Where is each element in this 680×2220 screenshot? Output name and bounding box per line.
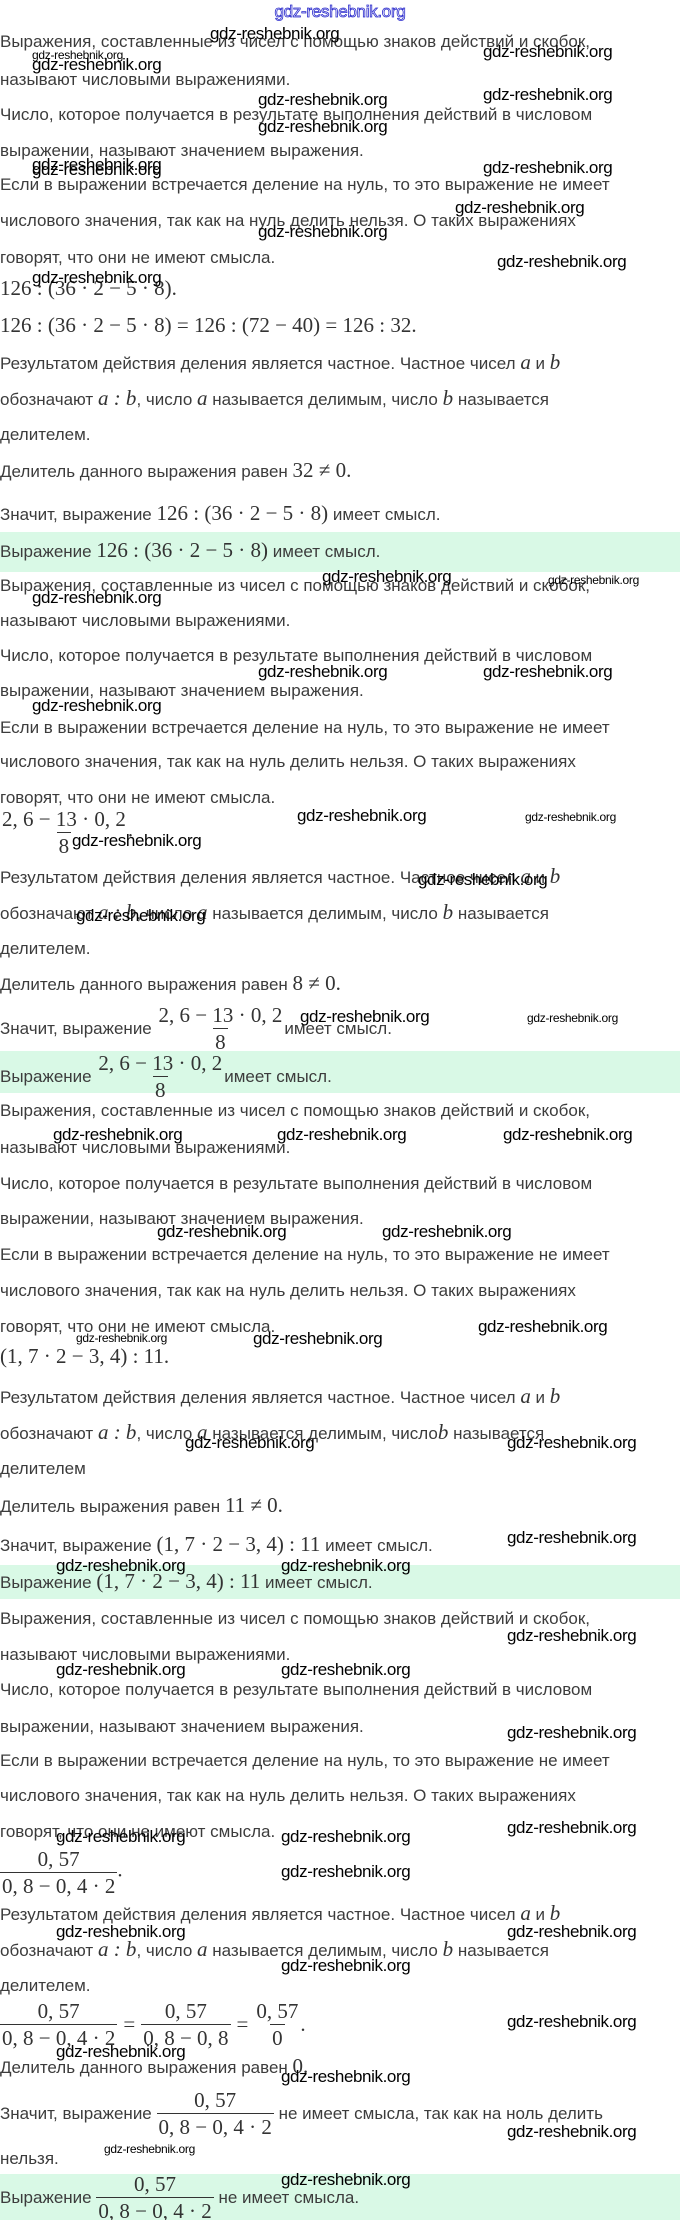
var-b: b [443, 900, 454, 924]
theory-text: числового значения, так как на нуль дели… [0, 1281, 576, 1301]
var-b: b [443, 1937, 454, 1961]
watermark-text: gdz-reshebnik.org [281, 2170, 410, 2190]
divisor-value: 8 ≠ 0. [293, 971, 341, 995]
denominator: 8 [153, 1076, 168, 1101]
watermark-text: gdz-reshebnik.org [32, 268, 161, 288]
watermark-text: gdz-reshebnik.org [56, 1827, 185, 1847]
definition-text: Результатом действия деления является ча… [0, 352, 560, 374]
var-a: a [197, 1937, 208, 1961]
fraction: 0, 57 0, 8 − 0, 4 · 2 [0, 1848, 117, 1897]
watermark-text: gdz-reshebnik.org [258, 90, 387, 110]
var-a: a [520, 350, 531, 374]
definition-text: Результатом действия деления является ча… [0, 1386, 560, 1408]
definition-part: обозначают [0, 1941, 93, 1960]
denominator: 0, 8 − 0, 4 · 2 [0, 1872, 117, 1897]
divisor-text: Делитель данного выражения равен 8 ≠ 0. [0, 973, 341, 995]
watermark-text: gdz-reshebnik.org [507, 2122, 636, 2142]
conclusion-math: 126 : (36 · 2 − 5 · 8) [157, 501, 329, 525]
definition-text: делителем. [0, 939, 91, 959]
definition-text: делителем. [0, 425, 91, 445]
theory-text: Число, которое получается в результате в… [0, 1680, 592, 1700]
watermark-text: gdz-reshebnik.org [157, 1222, 286, 1242]
definition-part: называется делимым, число [212, 904, 438, 923]
watermark-text: gdz-reshebnik.org [483, 662, 612, 682]
var-ab: a : b [98, 1420, 137, 1444]
fraction: 0, 57 0, 8 − 0, 4 · 2 [96, 2173, 213, 2220]
watermark-text: gdz-reshebnik.org [277, 1125, 406, 1145]
watermark-text: gdz-reshebnik.org [56, 1660, 185, 1680]
definition-text: делителем. [0, 1976, 91, 1996]
answer-suffix: имеет смысл. [224, 1067, 332, 1087]
watermark-text: gdz-reshebnik.org [56, 2042, 185, 2062]
watermark-text: gdz-reshebnik.org [76, 1331, 167, 1345]
watermark-text: gdz-reshebnik.org [281, 1556, 410, 1576]
watermark-text: gdz-reshebnik.org [281, 2067, 410, 2087]
watermark-text: gdz-reshebnik.org [281, 1660, 410, 1680]
watermark-text: gdz-reshebnik.org [507, 1626, 636, 1646]
watermark-text: gdz-reshebnik.org [258, 117, 387, 137]
numerator: 2, 6 − 13 · 0, 2 [157, 1004, 285, 1028]
watermark-text: gdz-reshebnik.org [322, 567, 451, 587]
watermark-text: gdz-reshebnik.org [527, 1011, 618, 1025]
watermark-text: gdz-reshebnik.org [497, 252, 626, 272]
watermark-text: gdz-reshebnik.org [507, 1528, 636, 1548]
divisor-value: 11 ≠ 0. [225, 1493, 283, 1517]
equals-sign: = [117, 2012, 141, 2037]
answer-text: Выражение 126 : (36 · 2 − 5 · 8) имеет с… [0, 540, 380, 562]
watermark-text: gdz-reshebnik.org [258, 662, 387, 682]
watermark-text: gdz-reshebnik.org [507, 1723, 636, 1743]
watermark-text: gdz-reshebnik.org [281, 1862, 410, 1882]
theory-text: Если в выражении встречается деление на … [0, 1245, 610, 1265]
var-a: a [197, 386, 208, 410]
watermark-text: gdz-reshebnik.org [507, 1433, 636, 1453]
watermark-text: gdz-reshebnik.org [300, 1007, 429, 1027]
watermark-text: gdz-reshebnik.org [104, 2142, 195, 2156]
watermark-text: gdz-reshebnik.org [32, 48, 123, 62]
denominator: 8 [213, 1028, 228, 1053]
watermark-text: gdz-reshebnik.org [483, 85, 612, 105]
watermark-text: gdz-reshebnik.org [281, 1956, 410, 1976]
theory-text: говорят, что они не имеют смысла. [0, 248, 275, 268]
trailing-dot: . [117, 1858, 122, 1882]
watermark-text: gdz-reshebnik.org [507, 1818, 636, 1838]
definition-part: называется [458, 1941, 549, 1960]
fraction: 0, 57 0, 8 − 0, 4 · 2 [157, 2089, 274, 2138]
answer-suffix: имеет смысл. [273, 542, 381, 561]
theory-text: говорят, что они не имеют смысла. [0, 788, 275, 808]
divisor-value: 32 ≠ 0. [293, 458, 352, 482]
watermark-text: gdz-reshebnik.org [297, 806, 426, 826]
watermark-text: gdz-reshebnik.org [185, 1433, 314, 1453]
definition-part: называется [458, 904, 549, 923]
watermark-text: gdz-reshebnik.org [76, 906, 205, 926]
theory-text: числового значения, так как на нуль дели… [0, 1786, 576, 1806]
conclusion-suffix: имеет смысл. [325, 1536, 433, 1555]
var-b: b [438, 1420, 449, 1444]
definition-part: обозначают [0, 390, 93, 409]
watermark-text: gdz-reshebnik.org [483, 42, 612, 62]
conclusion-prefix: Значит, выражение [0, 2104, 152, 2124]
watermark-text: gdz-reshebnik.org [253, 1329, 382, 1349]
conclusion-prefix: Значит, выражение [0, 505, 152, 524]
equals-sign: = [231, 2012, 255, 2037]
divisor-label: Делитель данного выражения равен [0, 975, 288, 994]
definition-part: Результатом действия деления является ча… [0, 354, 516, 373]
fraction: 2, 6 − 13 · 0, 2 8 [96, 1052, 224, 1101]
definition-part: Результатом действия деления является ча… [0, 1388, 516, 1407]
var-a: a [520, 1384, 531, 1408]
theory-text: Если в выражении встречается деление на … [0, 1751, 610, 1771]
definition-text: обозначают a : b, число a называется дел… [0, 1939, 549, 1961]
denominator: 8 [57, 832, 72, 857]
watermark-text: gdz-reshebnik.org [32, 155, 161, 175]
var-b: b [443, 386, 454, 410]
answer-suffix: не имеет смысла. [218, 2188, 359, 2208]
conclusion-prefix: Значит, выражение [0, 1019, 152, 1039]
watermark-text: gdz-reshebnik.org [548, 573, 639, 587]
watermark-text: gdz-reshebnik.org [281, 1827, 410, 1847]
var-b: b [550, 864, 561, 888]
watermark-text: gdz-reshebnik.org [507, 1922, 636, 1942]
conclusion-math: (1, 7 · 2 − 3, 4) : 11 [157, 1532, 321, 1556]
numerator: 2, 6 − 13 · 0, 2 [96, 1052, 224, 1076]
definition-text: обозначают a : b, число a называется дел… [0, 388, 549, 410]
definition-part: обозначают [0, 1424, 93, 1443]
watermark-text: gdz-reshebnik.org [525, 810, 616, 824]
var-b: b [550, 1384, 561, 1408]
fraction: 0, 57 0 [254, 2000, 300, 2049]
numerator: 0, 57 [36, 2000, 82, 2024]
definition-part: и [536, 354, 546, 373]
watermark-text: gdz-reshebnik.org [507, 2012, 636, 2032]
definition-part: , число [136, 390, 192, 409]
watermark-text: gdz-reshebnik.org [455, 198, 584, 218]
numerator: 0, 57 [192, 2089, 238, 2113]
watermark-text: gdz-reshebnik.org [56, 1556, 185, 1576]
answer-prefix: Выражение [0, 2188, 92, 2208]
task-expression: (1, 7 · 2 − 3, 4) : 11. [0, 1344, 169, 1369]
theory-text: Если в выражении встречается деление на … [0, 718, 610, 738]
theory-text: Число, которое получается в результате в… [0, 1174, 592, 1194]
answer-text: Выражение 2, 6 − 13 · 0, 2 8 имеет смысл… [0, 1052, 332, 1101]
numerator: 0, 57 [163, 2000, 209, 2024]
watermark-text: gdz-reshebnik.org [382, 1222, 511, 1242]
site-header-link[interactable]: gdz-reshebnik.org [0, 2, 680, 22]
definition-part: называется делимым, число [212, 390, 438, 409]
theory-text: выражении, называют значением выражения. [0, 1717, 364, 1737]
fraction: 2, 6 − 13 · 0, 2 8 [157, 1004, 285, 1053]
numerator: 0, 57 [36, 1848, 82, 1872]
definition-part: , число [136, 1941, 192, 1960]
definition-text: делителем [0, 1459, 86, 1479]
denominator: 0 [270, 2024, 285, 2049]
divisor-label: Делитель данного выражения равен [0, 462, 288, 481]
conclusion-text: нельзя. [0, 2149, 59, 2169]
theory-text: Выражения, составленные из чисел с помощ… [0, 1101, 590, 1121]
conclusion-prefix: Значит, выражение [0, 1536, 152, 1555]
watermark-text: gdz-reshebnik.org [56, 1922, 185, 1942]
conclusion-text: Значит, выражение (1, 7 · 2 − 3, 4) : 11… [0, 1534, 433, 1556]
definition-part: и [536, 1388, 546, 1407]
definition-part: называется [458, 390, 549, 409]
watermark-text: gdz-reshebnik.org [32, 696, 161, 716]
watermark-text: gdz-reshebnik.org [418, 870, 547, 890]
answer-prefix: Выражение [0, 542, 92, 561]
watermark-text: gdz-reshebnik.org [32, 588, 161, 608]
denominator: 0, 8 − 0, 4 · 2 [96, 2197, 213, 2220]
watermark-text: gdz-reshebnik.org [503, 1125, 632, 1145]
divisor-text: Делитель выражения равен 11 ≠ 0. [0, 1495, 283, 1517]
theory-text: числового значения, так как на нуль дели… [0, 752, 576, 772]
numerator: 2, 6 − 13 · 0, 2 [0, 808, 128, 832]
calculation: 126 : (36 · 2 − 5 · 8) = 126 : (72 − 40)… [0, 313, 417, 338]
numerator: 0, 57 [254, 2000, 300, 2024]
conclusion-text: Значит, выражение 126 : (36 · 2 − 5 · 8)… [0, 503, 440, 525]
denominator: 0, 8 − 0, 4 · 2 [157, 2113, 274, 2138]
watermark-text: gdz-reshebnik.org [478, 1317, 607, 1337]
theory-text: Выражения, составленные из чисел с помощ… [0, 1609, 590, 1629]
answer-math: 126 : (36 · 2 − 5 · 8) [96, 538, 268, 562]
task-expression: 0, 57 0, 8 − 0, 4 · 2 . [0, 1848, 123, 1897]
watermark-text: gdz-reshebnik.org [72, 831, 201, 851]
conclusion-suffix: имеет смысл. [333, 505, 441, 524]
answer-prefix: Выражение [0, 1067, 92, 1087]
trailing-dot: . [300, 2012, 305, 2037]
divisor-text: Делитель данного выражения равен 32 ≠ 0. [0, 460, 351, 482]
conclusion-suffix: не имеет смысла, так как на ноль делить [279, 2104, 603, 2124]
numerator: 0, 57 [132, 2173, 178, 2197]
watermark-text: gdz-reshebnik.org [210, 24, 339, 44]
definition-part: , число [136, 1424, 192, 1443]
watermark-text: gdz-reshebnik.org [483, 158, 612, 178]
watermark-text: gdz-reshebnik.org [53, 1125, 182, 1145]
divisor-label: Делитель выражения равен [0, 1497, 220, 1516]
watermark-text: gdz-reshebnik.org [258, 222, 387, 242]
theory-text: называют числовыми выражениями. [0, 611, 290, 631]
var-ab: a : b [98, 386, 137, 410]
var-b: b [550, 350, 561, 374]
